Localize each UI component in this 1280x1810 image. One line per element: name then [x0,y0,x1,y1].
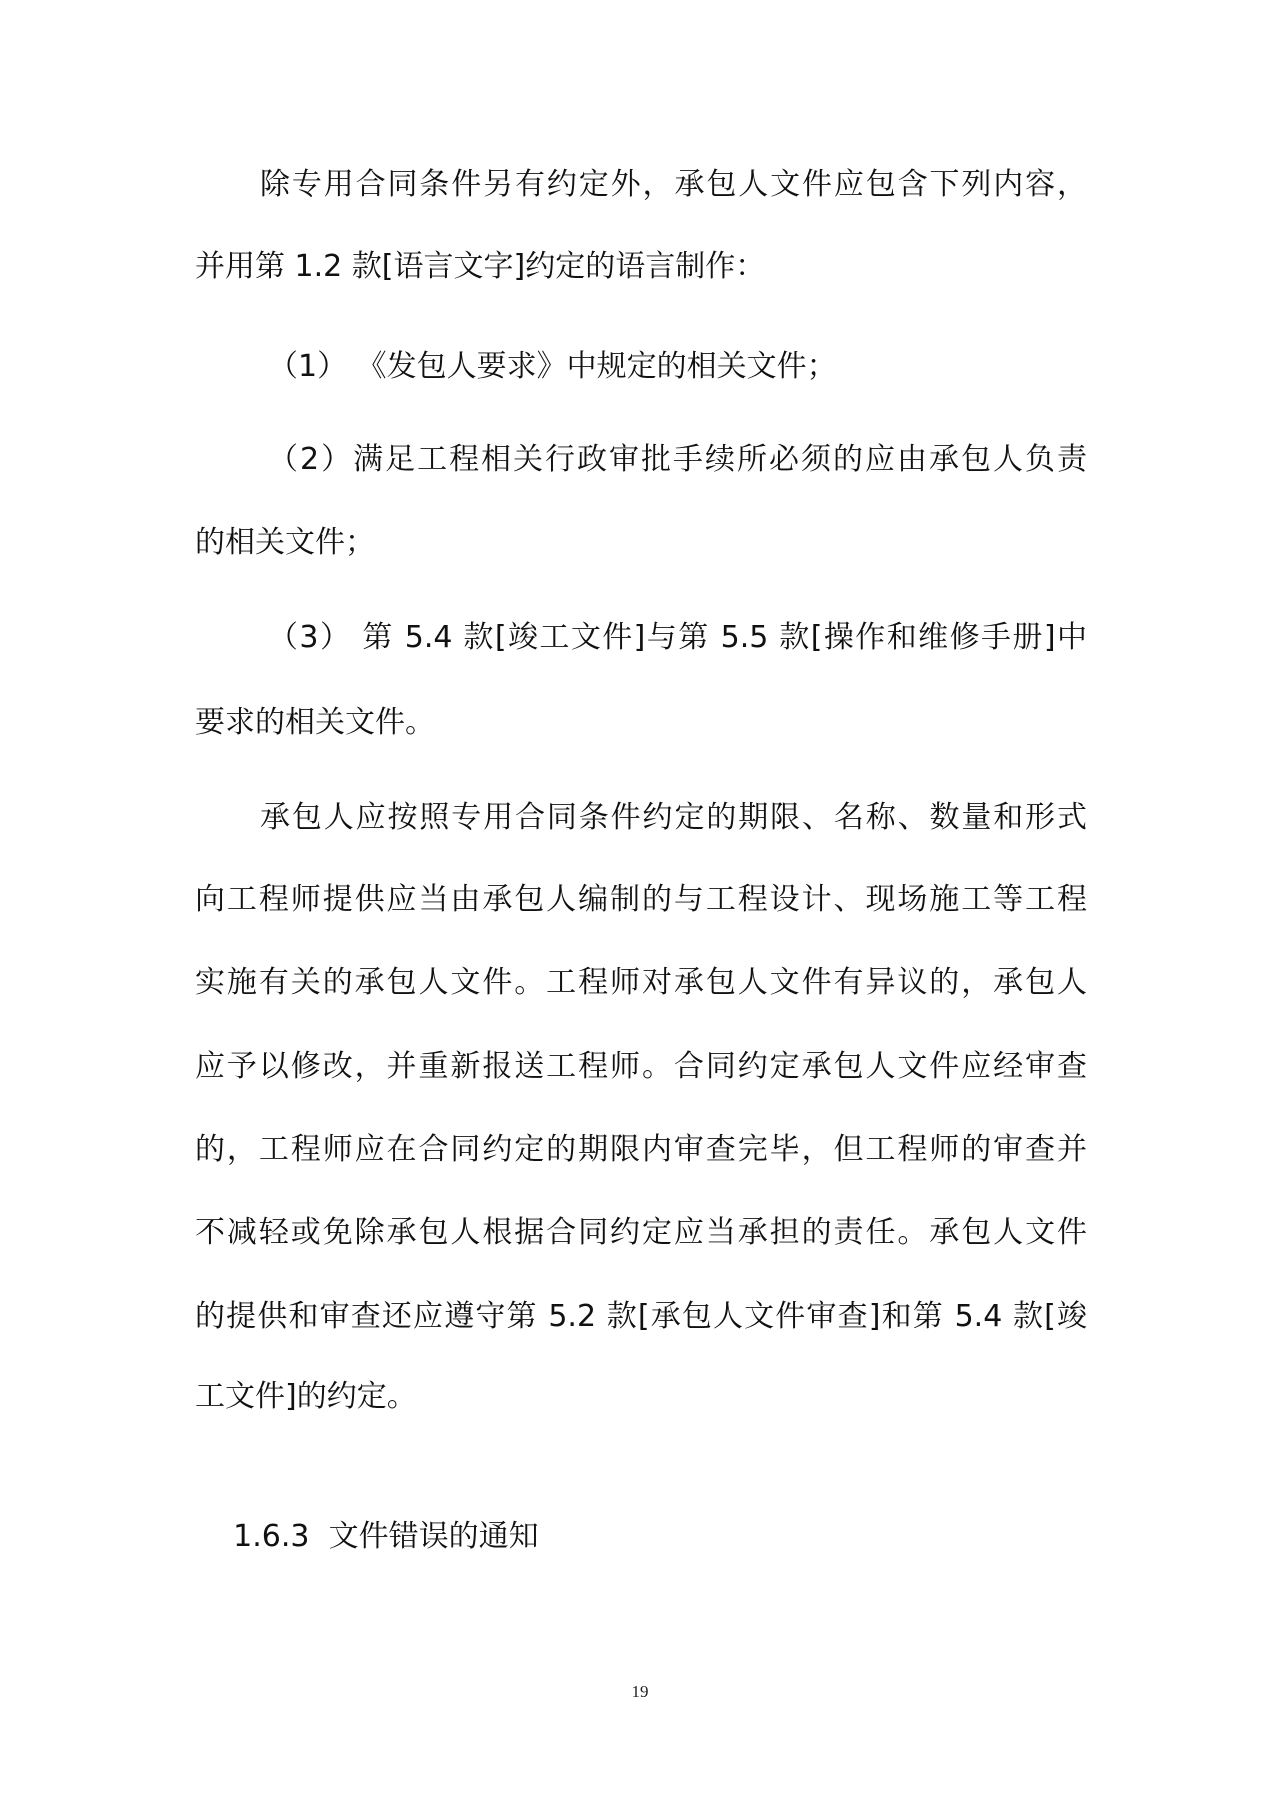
paragraph-2-line-4: 应予以修改，并重新报送工程师。合同约定承包人文件应经审查 [195,1045,1087,1089]
section-title: 文件错误的通知 [329,1519,539,1554]
document-page: 除专用合同条件另有约定外，承包人文件应包含下列内容， 并用第 1.2 款[语言文… [0,0,1280,1810]
section-heading: 1.6.3 文件错误的通知 [195,1471,539,1515]
list-item-3-line-1: （3） 第 5.4 款[竣工文件]与第 5.5 款[操作和维修手册]中 [268,616,1087,660]
paragraph-1-line-1: 除专用合同条件另有约定外，承包人文件应包含下列内容， [260,163,1087,207]
paragraph-1-line-2: 并用第 1.2 款[语言文字]约定的语言制作： [195,245,1087,289]
list-item-3-line-2: 要求的相关文件。 [195,701,1087,745]
section-gap [310,1519,329,1554]
section-number: 1.6.3 [233,1519,309,1554]
paragraph-2-line-5: 的，工程师应在合同约定的期限内审查完毕，但工程师的审查并 [195,1128,1087,1172]
paragraph-2-line-3: 实施有关的承包人文件。工程师对承包人文件有异议的，承包人 [195,961,1087,1005]
list-item-2-line-1: （2）满足工程相关行政审批手续所必须的应由承包人负责 [268,438,1087,482]
list-item-2-line-2: 的相关文件； [195,521,1087,565]
paragraph-2-line-1: 承包人应按照专用合同条件约定的期限、名称、数量和形式 [260,796,1087,840]
paragraph-2-line-6: 不减轻或免除承包人根据合同约定应当承担的责任。承包人文件 [195,1211,1087,1255]
paragraph-2-line-8: 工文件]的约定。 [195,1375,1087,1419]
paragraph-2-line-7: 的提供和审查还应遵守第 5.2 款[承包人文件审查]和第 5.4 款[竣 [195,1295,1087,1339]
list-item-1: （1） 《发包人要求》中规定的相关文件； [268,345,1087,389]
paragraph-2-line-2: 向工程师提供应当由承包人编制的与工程设计、现场施工等工程 [195,878,1087,922]
page-number: 19 [0,1680,1280,1704]
